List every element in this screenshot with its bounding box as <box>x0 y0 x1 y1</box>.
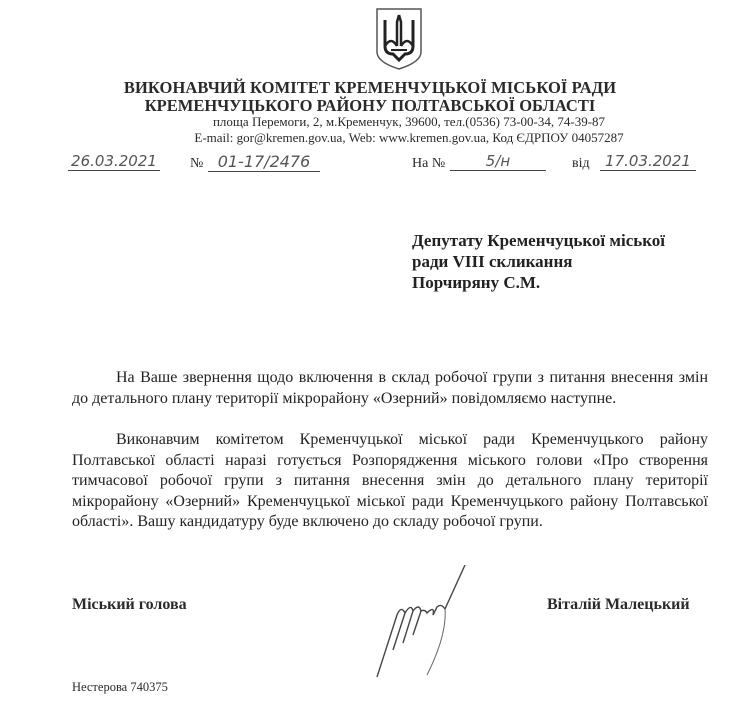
in-reply-number: 5/н <box>450 152 546 171</box>
organization-name-line2: КРЕМЕНЧУЦЬКОГО РАЙОНУ ПОЛТАВСЬКОЇ ОБЛАСТ… <box>0 96 740 116</box>
outgoing-date: 26.03.2021 <box>68 152 160 171</box>
organization-address: площа Перемоги, 2, м.Кременчук, 39600, т… <box>0 114 740 130</box>
number-label: № <box>190 156 203 172</box>
body-paragraph-1: На Ваше звернення щодо включення в склад… <box>72 368 708 409</box>
organization-contacts: E-mail: gor@kremen.gov.ua, Web: www.krem… <box>0 130 740 146</box>
addressee-line1: Депутату Кременчуцької міської <box>412 230 665 251</box>
coat-of-arms-icon <box>373 6 425 72</box>
handwritten-signature-icon <box>365 565 475 680</box>
in-reply-date: 17.03.2021 <box>600 152 696 171</box>
outgoing-number: 01-17/2476 <box>208 152 320 172</box>
organization-name-line1: ВИКОНАВЧИЙ КОМІТЕТ КРЕМЕНЧУЦЬКОЇ МІСЬКОЇ… <box>0 78 740 98</box>
addressee-block: Депутату Кременчуцької міської ради VIII… <box>412 230 665 293</box>
signatory-role: Міський голова <box>72 596 187 614</box>
signatory-name: Віталій Малецький <box>547 596 690 614</box>
in-reply-label: На № <box>412 156 445 172</box>
executor-info: Нестерова 740375 <box>72 680 168 695</box>
body-paragraph-2: Виконавчим комітетом Кременчуцької міськ… <box>72 430 708 533</box>
addressee-line2: ради VIII скликання <box>412 251 665 272</box>
from-label: від <box>572 156 590 172</box>
addressee-line3: Порчиряну С.М. <box>412 272 665 293</box>
